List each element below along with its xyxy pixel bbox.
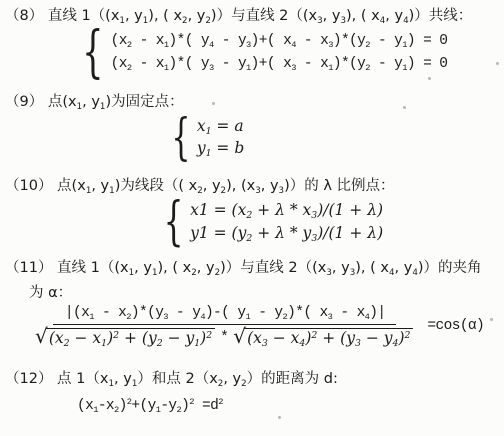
sqrt-term-left: √ (x2 − x1)2 + (y2 − y1)2 [35, 328, 215, 347]
sqrt-left-content: (x2 − x1)2 + (y2 − y1)2 [46, 328, 215, 347]
left-brace: { [82, 29, 103, 77]
section-10-header: （10） 点(x1, y1)为线段（( x2, y2), (x3, y3)）的 … [5, 176, 500, 196]
fraction-numerator: |(x1 - x2)*(y3 - y4)-( y1 - y2)*( x3 - x… [53, 305, 396, 325]
left-brace: { [164, 199, 184, 245]
section-12-header: （12） 点 1（x1, y1）和点 2（x2, y2）的距离为 d: [5, 369, 500, 389]
equation-list: (x2 - x1)*( y4 - y3)+( x4 - x3)*(y2 - y1… [111, 30, 448, 76]
equation: (x2 - x1)*( y4 - y3)+( x4 - x3)*(y2 - y1… [111, 30, 448, 53]
fraction: |(x1 - x2)*(y3 - y4)-( y1 - y2)*( x3 - x… [35, 305, 413, 347]
scan-speck [403, 106, 406, 109]
scan-speck [278, 416, 281, 419]
section-9-fixed-point: （9） 点(x1, y1)为固定点： { x1 = a y1 = b [5, 92, 500, 159]
fraction-denominator: √ (x2 − x1)2 + (y2 − y1)2 * √ (x3 − x4)2… [35, 325, 413, 347]
equation: x1 = (x2 + λ * x3)/(1 + λ) [190, 199, 383, 222]
equation: x1 = a [197, 115, 244, 137]
sqrt-right-content: (x3 − x4)2 + (y3 − y4)2 [244, 328, 413, 347]
section-8-header: （8） 直线 1（(x1, y1), ( x2, y2)）与直线 2（(x3, … [5, 6, 500, 26]
section-8-equation-system: { (x2 - x1)*( y4 - y3)+( x4 - x3)*(y2 - … [75, 29, 500, 77]
cos-alpha-term: =cos(α) [427, 318, 484, 334]
left-brace: { [171, 115, 190, 159]
equation: y1 = (y2 + λ * y3)/(1 + λ) [190, 222, 383, 245]
scan-speck [490, 318, 493, 321]
section-10-equation-system: { x1 = (x2 + λ * x3)/(1 + λ) y1 = (y2 + … [157, 199, 500, 245]
scan-speck [212, 102, 215, 105]
scan-speck [428, 77, 431, 80]
section-9-header: （9） 点(x1, y1)为固定点： [5, 92, 500, 112]
distance-equation: (x1-x2)2+(y1-y2)2 =d2 [77, 398, 500, 414]
equation-list: x1 = (x2 + λ * x3)/(1 + λ) y1 = (y2 + λ … [190, 199, 383, 245]
equation-list: x1 = a y1 = b [197, 115, 244, 159]
section-11-header-line1: （11） 直线 1（(x1, y1), ( x2, y2)）与直线 2（(x3,… [5, 258, 500, 278]
section-12-distance: （12） 点 1（x1, y1）和点 2（x2, y2）的距离为 d: (x1-… [5, 369, 500, 414]
angle-formula: |(x1 - x2)*(y3 - y4)-( y1 - y2)*( x3 - x… [35, 305, 500, 347]
scan-speck [496, 62, 499, 65]
section-8-collinear: （8） 直线 1（(x1, y1), ( x2, y2)）与直线 2（(x3, … [5, 6, 500, 77]
section-10-ratio-point: （10） 点(x1, y1)为线段（( x2, y2), (x3, y3)）的 … [5, 176, 500, 245]
scanned-page: （8） 直线 1（(x1, y1), ( x2, y2)）与直线 2（(x3, … [0, 0, 504, 436]
section-9-equation-system: { x1 = a y1 = b [165, 115, 500, 159]
section-11-angle: （11） 直线 1（(x1, y1), ( x2, y2)）与直线 2（(x3,… [5, 258, 500, 347]
equation: (x2 - x1)*( y3 - y1)+( x3 - x1)*(y2 - y1… [111, 53, 448, 76]
section-11-header-line2: 为 α： [29, 283, 500, 303]
sqrt-term-right: √ (x3 − x4)2 + (y3 − y4)2 [233, 328, 413, 347]
multiply-operator: * [220, 330, 228, 346]
equation: y1 = b [197, 137, 244, 159]
